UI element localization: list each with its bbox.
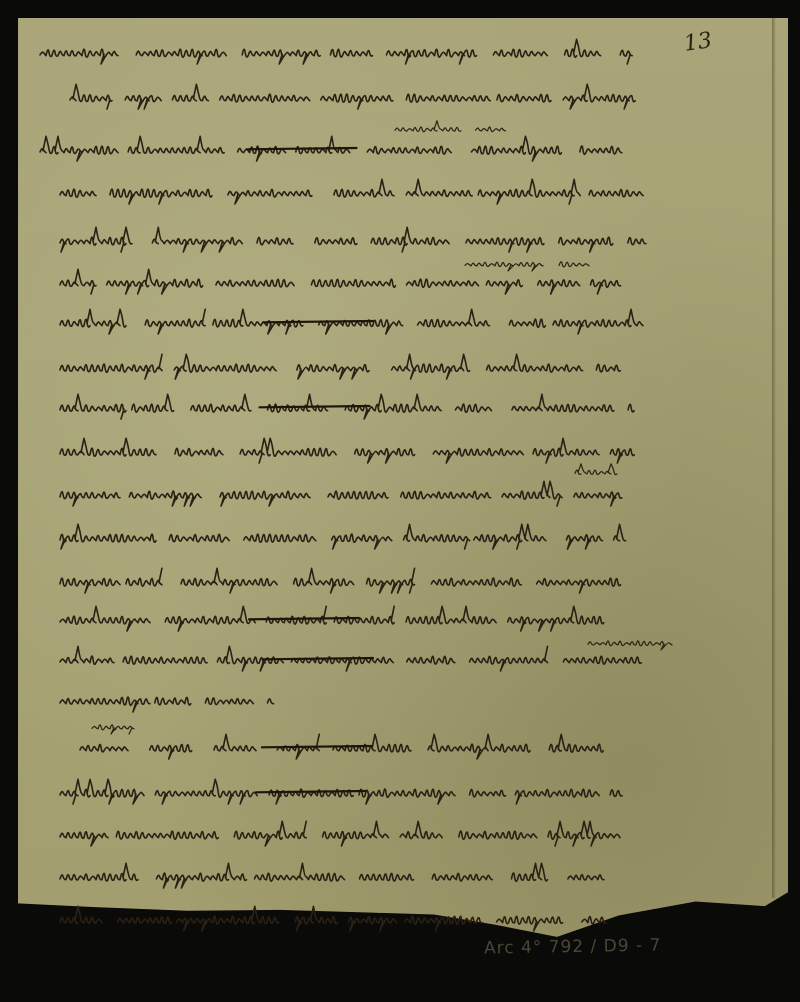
handwritten-line xyxy=(60,686,270,712)
handwritten-line xyxy=(60,353,620,379)
handwritten-line xyxy=(60,567,620,593)
interlinear-insertion xyxy=(465,255,585,271)
handwritten-line xyxy=(60,226,640,252)
handwritten-line xyxy=(60,862,620,888)
interlinear-insertion xyxy=(575,463,615,479)
handwritten-line xyxy=(60,905,600,931)
handwritten-line xyxy=(60,268,620,294)
handwritten-line xyxy=(60,393,630,419)
interlinear-insertion xyxy=(92,718,132,734)
handwritten-line xyxy=(60,480,620,506)
handwritten-line xyxy=(60,437,630,463)
interlinear-insertion xyxy=(588,634,668,650)
handwritten-line xyxy=(60,820,620,846)
handwritten-line xyxy=(80,733,600,759)
handwritten-line xyxy=(60,523,620,549)
interlinear-insertion xyxy=(395,120,505,136)
handwritten-line xyxy=(60,778,620,804)
handwritten-line xyxy=(40,135,630,161)
folio-number: 13 xyxy=(682,28,713,57)
page-edge-shadow xyxy=(772,18,776,898)
handwritten-line xyxy=(60,308,640,334)
handwritten-line xyxy=(70,83,640,109)
handwritten-line xyxy=(40,38,630,64)
handwritten-line xyxy=(60,645,640,671)
handwritten-line xyxy=(60,178,640,204)
shelfmark-pencil-note: Arc 4° 792 / D9 - 7 xyxy=(484,935,662,958)
handwritten-line xyxy=(60,605,600,631)
